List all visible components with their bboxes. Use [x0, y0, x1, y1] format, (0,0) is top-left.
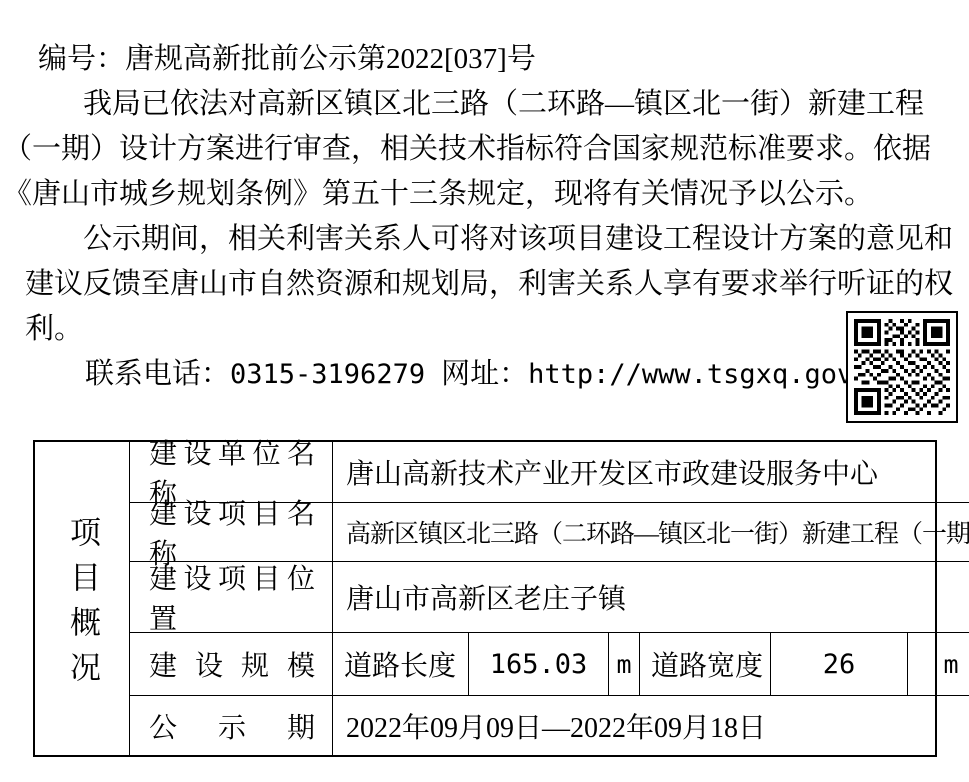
road-width-unit: m — [907, 633, 969, 695]
row-publicity-label: 公示期 — [129, 695, 332, 755]
row-name-label: 建设项目名称 — [129, 502, 332, 561]
road-width-value: 26 — [770, 633, 907, 695]
row-location-value: 唐山市高新区老庄子镇 — [332, 561, 969, 632]
table-side-header: 项目概况 — [35, 442, 129, 755]
website-label: 网址： — [441, 358, 528, 390]
paragraph2-line3: 利。 — [25, 307, 969, 352]
row-scale-label: 建设规模 — [129, 632, 332, 695]
qr-code — [846, 311, 958, 423]
notice-text-block: 编号：唐规高新批前公示第2022[037]号 我局已依法对高新区镇区北三路（二环… — [0, 0, 969, 397]
contact-line: 联系电话：0315-3196279网址：http://www.tsgxq.gov… — [85, 352, 969, 397]
qr-code-image — [854, 319, 950, 415]
row-scale-cells: 道路长度 165.03 m 道路宽度 26 m — [332, 632, 969, 695]
row-publicity-value: 2022年09月09日—2022年09月18日 — [332, 695, 969, 755]
notice-number: 编号：唐规高新批前公示第2022[037]号 — [38, 37, 969, 82]
paragraph1-line2: （一期）设计方案进行审查，相关技术指标符合国家规范标准要求。依据 — [3, 127, 969, 172]
paragraph1-line1: 我局已依法对高新区镇区北三路（二环路—镇区北一街）新建工程 — [83, 82, 969, 127]
phone-label: 联系电话： — [85, 358, 230, 390]
paragraph2-line1: 公示期间，相关利害关系人可将对该项目建设工程设计方案的意见和 — [83, 217, 969, 262]
road-length-label: 道路长度 — [333, 633, 468, 695]
paragraph2-line2: 建议反馈至唐山市自然资源和规划局，利害关系人享有要求举行听证的权 — [25, 262, 969, 307]
road-length-unit: m — [608, 633, 639, 695]
table-side-header-text: 项目概况 — [35, 502, 129, 696]
row-location-label: 建设项目位置 — [129, 561, 332, 632]
project-overview-table: 项目概况 建设单位名称 唐山高新技术产业开发区市政建设服务中心 建设项目名称 高… — [33, 440, 937, 757]
public-notice-document: 编号：唐规高新批前公示第2022[037]号 我局已依法对高新区镇区北三路（二环… — [0, 0, 969, 782]
row-unit-value: 唐山高新技术产业开发区市政建设服务中心 — [332, 442, 969, 502]
row-name-value: 高新区镇区北三路（二环路—镇区北一街）新建工程（一期） — [332, 502, 969, 561]
road-width-label: 道路宽度 — [639, 633, 770, 695]
road-length-value: 165.03 — [468, 633, 608, 695]
phone-number: 0315-3196279 — [230, 359, 425, 390]
paragraph1-line3: 《唐山市城乡规划条例》第五十三条规定，现将有关情况予以公示。 — [3, 172, 969, 217]
